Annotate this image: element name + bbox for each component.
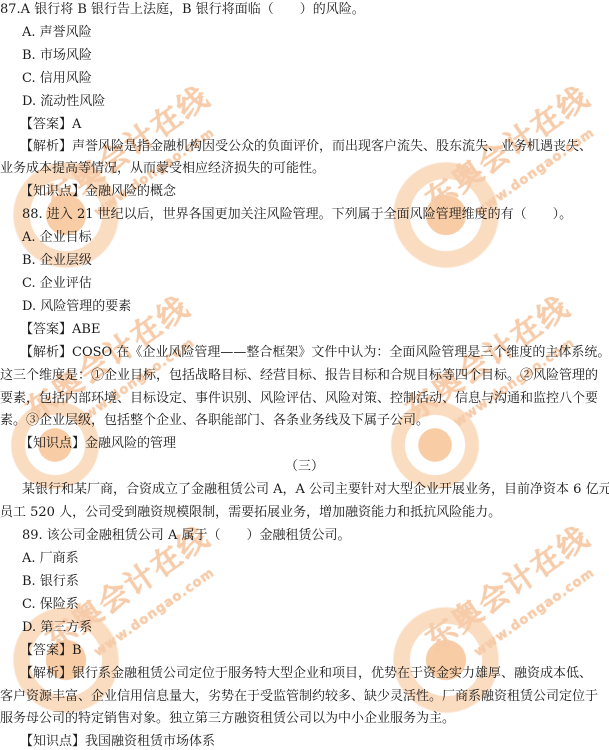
- watermark-bottom-right: 东奥会计在线 www.dongao.com: [380, 540, 609, 740]
- knowledge-text: 我国融资租赁市场体系: [85, 734, 215, 749]
- watermark-url: www.dongao.com: [471, 565, 597, 660]
- watermark-url: www.dongao.com: [91, 565, 217, 660]
- analysis-text: 银行系金融租赁公司定位于服务特大型企业和项目，优势在于资金实力雄厚、融资成本低、: [72, 666, 592, 681]
- knowledge-label: 【知识点】: [20, 436, 85, 451]
- q89-analysis-cont-1: 客户资源丰富、企业信用信息量大，劣势在于受监管制约较多、缺少灵活性。厂商系融资租…: [0, 689, 598, 705]
- analysis-label: 【解析】: [20, 345, 72, 360]
- q88-analysis-cont-2: 要素，包括内部环境、目标设定、事件识别、风险评估、风险对策、控制活动、信息与沟通…: [0, 391, 598, 407]
- knowledge-label: 【知识点】: [20, 734, 85, 749]
- q88-analysis-cont-3: 素。③企业层级，包括整个企业、各职能部门、各条业务线及下属子公司。: [0, 413, 429, 429]
- answer-value: A: [72, 117, 81, 132]
- knowledge-text: 金融风险的管理: [85, 436, 176, 451]
- q89-analysis-cont-2: 服务母公司的特定销售对象。独立第三方融资租赁公司以为中小企业服务为主。: [0, 711, 455, 727]
- watermark-logo-icon: [380, 395, 480, 495]
- q89-option-c: C. 保险系: [22, 597, 79, 613]
- q87-option-d: D. 流动性风险: [22, 94, 105, 110]
- case-text-line-2: 员工 520 人，公司受到融资规模限制，需要拓展业务，增加融资能力和抵抗风险能力…: [0, 505, 501, 521]
- answer-value: B: [72, 643, 82, 658]
- case-text-line-1: 某银行和某厂商，合资成立了金融租赁公司 A，A 公司主要针对大型企业开展业务，目…: [22, 482, 609, 498]
- answer-label: 【答案】: [20, 322, 72, 337]
- q87-option-a: A. 声誉风险: [22, 25, 92, 41]
- q89-option-a: A. 厂商系: [22, 551, 79, 567]
- watermark-top-left: 东奥会计在线 www.dongao.com: [0, 105, 260, 305]
- answer-label: 【答案】: [20, 117, 72, 132]
- q88-option-c: C. 企业评估: [22, 276, 92, 292]
- watermark-brand: 东奥会计在线: [415, 513, 598, 659]
- q87-knowledge: 【知识点】金融风险的概念: [20, 184, 176, 200]
- q89-option-d: D. 第三方系: [22, 620, 92, 636]
- q88-option-b: B. 企业层级: [22, 253, 92, 269]
- q89-option-b: B. 银行系: [22, 574, 79, 590]
- q87-option-b: B. 市场风险: [22, 48, 92, 64]
- q89-analysis: 【解析】银行系金融租赁公司定位于服务特大型企业和项目，优势在于资金实力雄厚、融资…: [20, 666, 592, 682]
- q88-analysis: 【解析】COSO 在《企业风险管理——整合框架》文件中认为：全面风险管理是三个维…: [20, 345, 609, 361]
- q89-stem: 89. 该公司金融租赁公司 A 属于（ ）金融租赁公司。: [22, 528, 350, 544]
- knowledge-text: 金融风险的概念: [85, 184, 176, 199]
- q88-option-d: D. 风险管理的要素: [22, 299, 131, 315]
- q87-answer: 【答案】A: [20, 117, 81, 133]
- analysis-label: 【解析】: [20, 666, 72, 681]
- answer-value: ABE: [72, 322, 100, 337]
- q87-analysis-cont: 业务成本提高等情况，从而蒙受相应经济损失的可能性。: [0, 161, 325, 177]
- section-heading: （三）: [0, 459, 609, 475]
- watermark-top-right: 东奥会计在线 www.dongao.com: [380, 105, 609, 305]
- q88-knowledge: 【知识点】金融风险的管理: [20, 436, 176, 452]
- q89-knowledge: 【知识点】我国融资租赁市场体系: [20, 734, 215, 750]
- analysis-label: 【解析】: [20, 139, 72, 154]
- watermark-bottom-left: 东奥会计在线 www.dongao.com: [0, 540, 260, 740]
- q88-answer: 【答案】ABE: [20, 322, 100, 338]
- q87-analysis: 【解析】声誉风险是指金融机构因受公众的负面评价，而出现客户流失、股东流失、业务机…: [20, 139, 592, 155]
- q88-stem: 88. 进入 21 世纪以后，世界各国更加关注风险管理。下列属于全面风险管理维度…: [22, 207, 572, 223]
- q87-option-c: C. 信用风险: [22, 71, 92, 87]
- knowledge-label: 【知识点】: [20, 184, 85, 199]
- q88-option-a: A. 企业目标: [22, 230, 92, 246]
- q89-answer: 【答案】B: [20, 643, 82, 659]
- analysis-text: COSO 在《企业风险管理——整合框架》文件中认为：全面风险管理是三个维度的主体…: [72, 345, 609, 360]
- answer-label: 【答案】: [20, 643, 72, 658]
- q87-stem: 87.A 银行将 B 银行告上法庭，B 银行将面临（ ）的风险。: [0, 2, 365, 18]
- q88-analysis-cont-1: 这三个维度是：①企业目标，包括战略目标、经营目标、报告目标和合规目标等四个目标。…: [0, 368, 598, 384]
- analysis-text: 声誉风险是指金融机构因受公众的负面评价，而出现客户流失、股东流失、业务机遇丧失、: [72, 139, 592, 154]
